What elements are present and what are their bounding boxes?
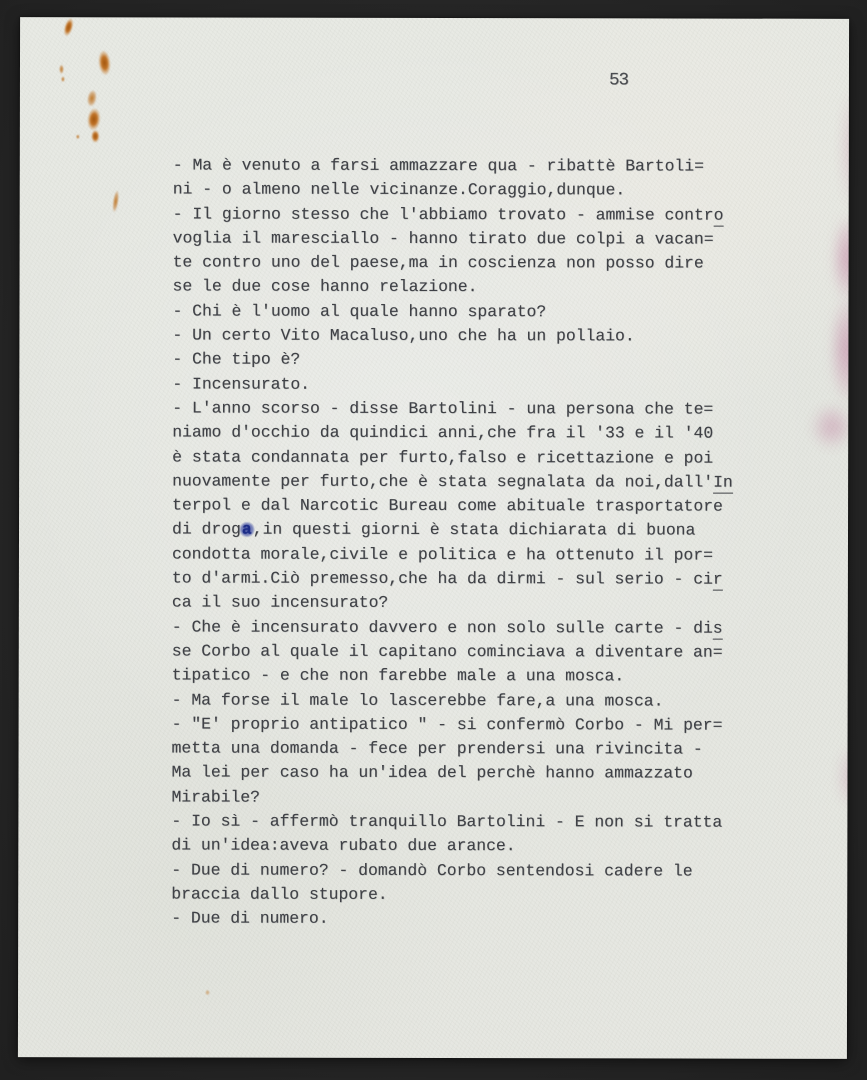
text-line: se Corbo al quale il capitano cominciava… — [172, 639, 752, 665]
text-line: - Un certo Vito Macaluso,uno che ha un p… — [172, 324, 752, 350]
underlined-text: o — [714, 205, 724, 226]
rust-stain — [85, 89, 98, 108]
text-line: niamo d'occhio da quindici anni,che fra … — [172, 421, 752, 447]
text-segment: te contro uno del paese,ma in coscienza … — [173, 253, 704, 273]
text-line: - Ma forse il male lo lascerebbe fare,a … — [172, 688, 752, 714]
text-line: to d'armi.Ciò premesso,che ha da dirmi -… — [172, 566, 752, 592]
text-line: - Che è incensurato davvero e non solo s… — [172, 615, 752, 641]
rust-stain — [61, 76, 65, 82]
text-line: - Il giorno stesso che l'abbiamo trovato… — [173, 202, 753, 228]
text-segment: ,in questi giorni è stata dichiarata di … — [253, 520, 696, 540]
text-line: di un'idea:aveva rubato due arance. — [171, 834, 751, 860]
text-line: - Chi è l'uomo al quale hanno sparato? — [172, 299, 752, 325]
text-line: è stata condannata per furto,falso e ric… — [172, 445, 752, 471]
text-line: - Ma è venuto a farsi ammazzare qua - ri… — [173, 153, 753, 179]
text-line: Mirabile? — [171, 785, 751, 811]
text-line: - Due di numero? - domandò Corbo sentend… — [171, 858, 751, 884]
text-segment: - "E' proprio antipatico " - si confermò… — [172, 714, 723, 734]
text-segment: condotta morale,civile e politica e ha o… — [172, 544, 713, 564]
text-line: braccia dallo stupore. — [171, 882, 751, 908]
text-segment: tipatico - e che non farebbe male a una … — [172, 666, 625, 686]
text-segment: - Ma è venuto a farsi ammazzare qua - ri… — [173, 155, 704, 175]
text-line: metta una domanda - fece per prendersi u… — [172, 737, 752, 763]
text-line: voglia il maresciallo - hanno tirato due… — [173, 226, 753, 252]
text-segment: se Corbo al quale il capitano cominciava… — [172, 641, 723, 661]
text-segment: è stata condannata per furto,falso e ric… — [172, 447, 713, 467]
text-segment: - L'anno scorso - disse Bartolini - una … — [172, 398, 713, 418]
text-line: - Incensurato. — [172, 372, 752, 398]
text-line: ni - o almeno nelle vicinanze.Coraggio,d… — [173, 178, 753, 204]
text-segment: se le due cose hanno relazione. — [173, 277, 478, 297]
rust-stain — [205, 990, 210, 996]
ink-correction: a — [239, 520, 255, 539]
text-segment: - Che tipo è? — [172, 350, 300, 369]
text-segment: nuovamente per furto,che è stata segnala… — [172, 471, 713, 491]
text-line: nuovamente per furto,che è stata segnala… — [172, 469, 752, 495]
text-segment: ca il suo incensurato? — [172, 593, 388, 612]
pink-stain — [827, 287, 849, 412]
text-line: - L'anno scorso - disse Bartolini - una … — [172, 396, 752, 422]
text-segment: - Incensurato. — [172, 374, 310, 393]
pink-stain — [834, 741, 849, 813]
rust-stain — [111, 189, 120, 214]
text-line: te contro uno del paese,ma in coscienza … — [173, 251, 753, 277]
underlined-text: r — [713, 570, 723, 591]
text-segment: di un'idea:aveva rubato due arance. — [171, 836, 515, 856]
text-line: - "E' proprio antipatico " - si confermò… — [172, 712, 752, 738]
text-segment: ni - o almeno nelle vicinanze.Coraggio,d… — [173, 180, 626, 200]
rust-stain — [97, 49, 113, 77]
text-line: se le due cose hanno relazione. — [172, 275, 752, 301]
text-line: - Io sì - affermò tranquillo Bartolini -… — [171, 809, 751, 835]
text-segment: terpol e dal Narcotic Bureau come abitua… — [172, 496, 723, 516]
rust-stain — [59, 64, 64, 74]
text-segment: di drog — [172, 520, 241, 539]
text-segment: metta una domanda - fece per prendersi u… — [172, 739, 703, 759]
text-line: - Due di numero. — [171, 907, 751, 933]
text-segment: - Il giorno stesso che l'abbiamo trovato… — [173, 204, 714, 224]
document-page: 53 - Ma è venuto a farsi ammazzare qua -… — [18, 17, 849, 1059]
rust-stain — [91, 129, 100, 143]
underlined-text: s — [713, 618, 723, 639]
typewritten-text: - Ma è venuto a farsi ammazzare qua - ri… — [171, 153, 753, 932]
rust-stain — [76, 134, 80, 139]
text-line: - Che tipo è? — [172, 348, 752, 374]
pink-stain — [838, 79, 849, 219]
text-line: di droga,in questi giorni è stata dichia… — [172, 518, 752, 544]
text-line: condotta morale,civile e politica e ha o… — [172, 542, 752, 568]
text-segment: - Chi è l'uomo al quale hanno sparato? — [172, 301, 546, 321]
text-segment: Ma lei per caso ha un'idea del perchè ha… — [171, 763, 692, 783]
text-segment: - Io sì - affermò tranquillo Bartolini -… — [171, 811, 722, 831]
pink-stain — [807, 401, 849, 453]
text-segment: - Due di numero? - domandò Corbo sentend… — [171, 860, 692, 880]
text-segment: braccia dallo stupore. — [171, 884, 387, 903]
text-segment: to d'armi.Ciò premesso,che ha da dirmi -… — [172, 568, 713, 588]
text-line: tipatico - e che non farebbe male a una … — [172, 664, 752, 690]
text-line: ca il suo incensurato? — [172, 591, 752, 617]
underlined-text: In — [713, 472, 733, 493]
text-segment: - Un certo Vito Macaluso,uno che ha un p… — [172, 326, 634, 346]
text-line: terpol e dal Narcotic Bureau come abitua… — [172, 494, 752, 520]
rust-stain — [61, 17, 75, 38]
rust-stain — [86, 107, 102, 132]
page-number: 53 — [609, 70, 628, 90]
text-segment: - Ma forse il male lo lascerebbe fare,a … — [172, 690, 664, 710]
pink-stain — [829, 209, 849, 309]
text-line: Ma lei per caso ha un'idea del perchè ha… — [171, 761, 751, 787]
text-segment: Mirabile? — [171, 787, 260, 806]
text-segment: - Due di numero. — [171, 909, 328, 928]
text-segment: - Che è incensurato davvero e non solo s… — [172, 617, 713, 637]
text-segment: niamo d'occhio da quindici anni,che fra … — [172, 423, 713, 443]
text-segment: voglia il maresciallo - hanno tirato due… — [173, 228, 714, 248]
